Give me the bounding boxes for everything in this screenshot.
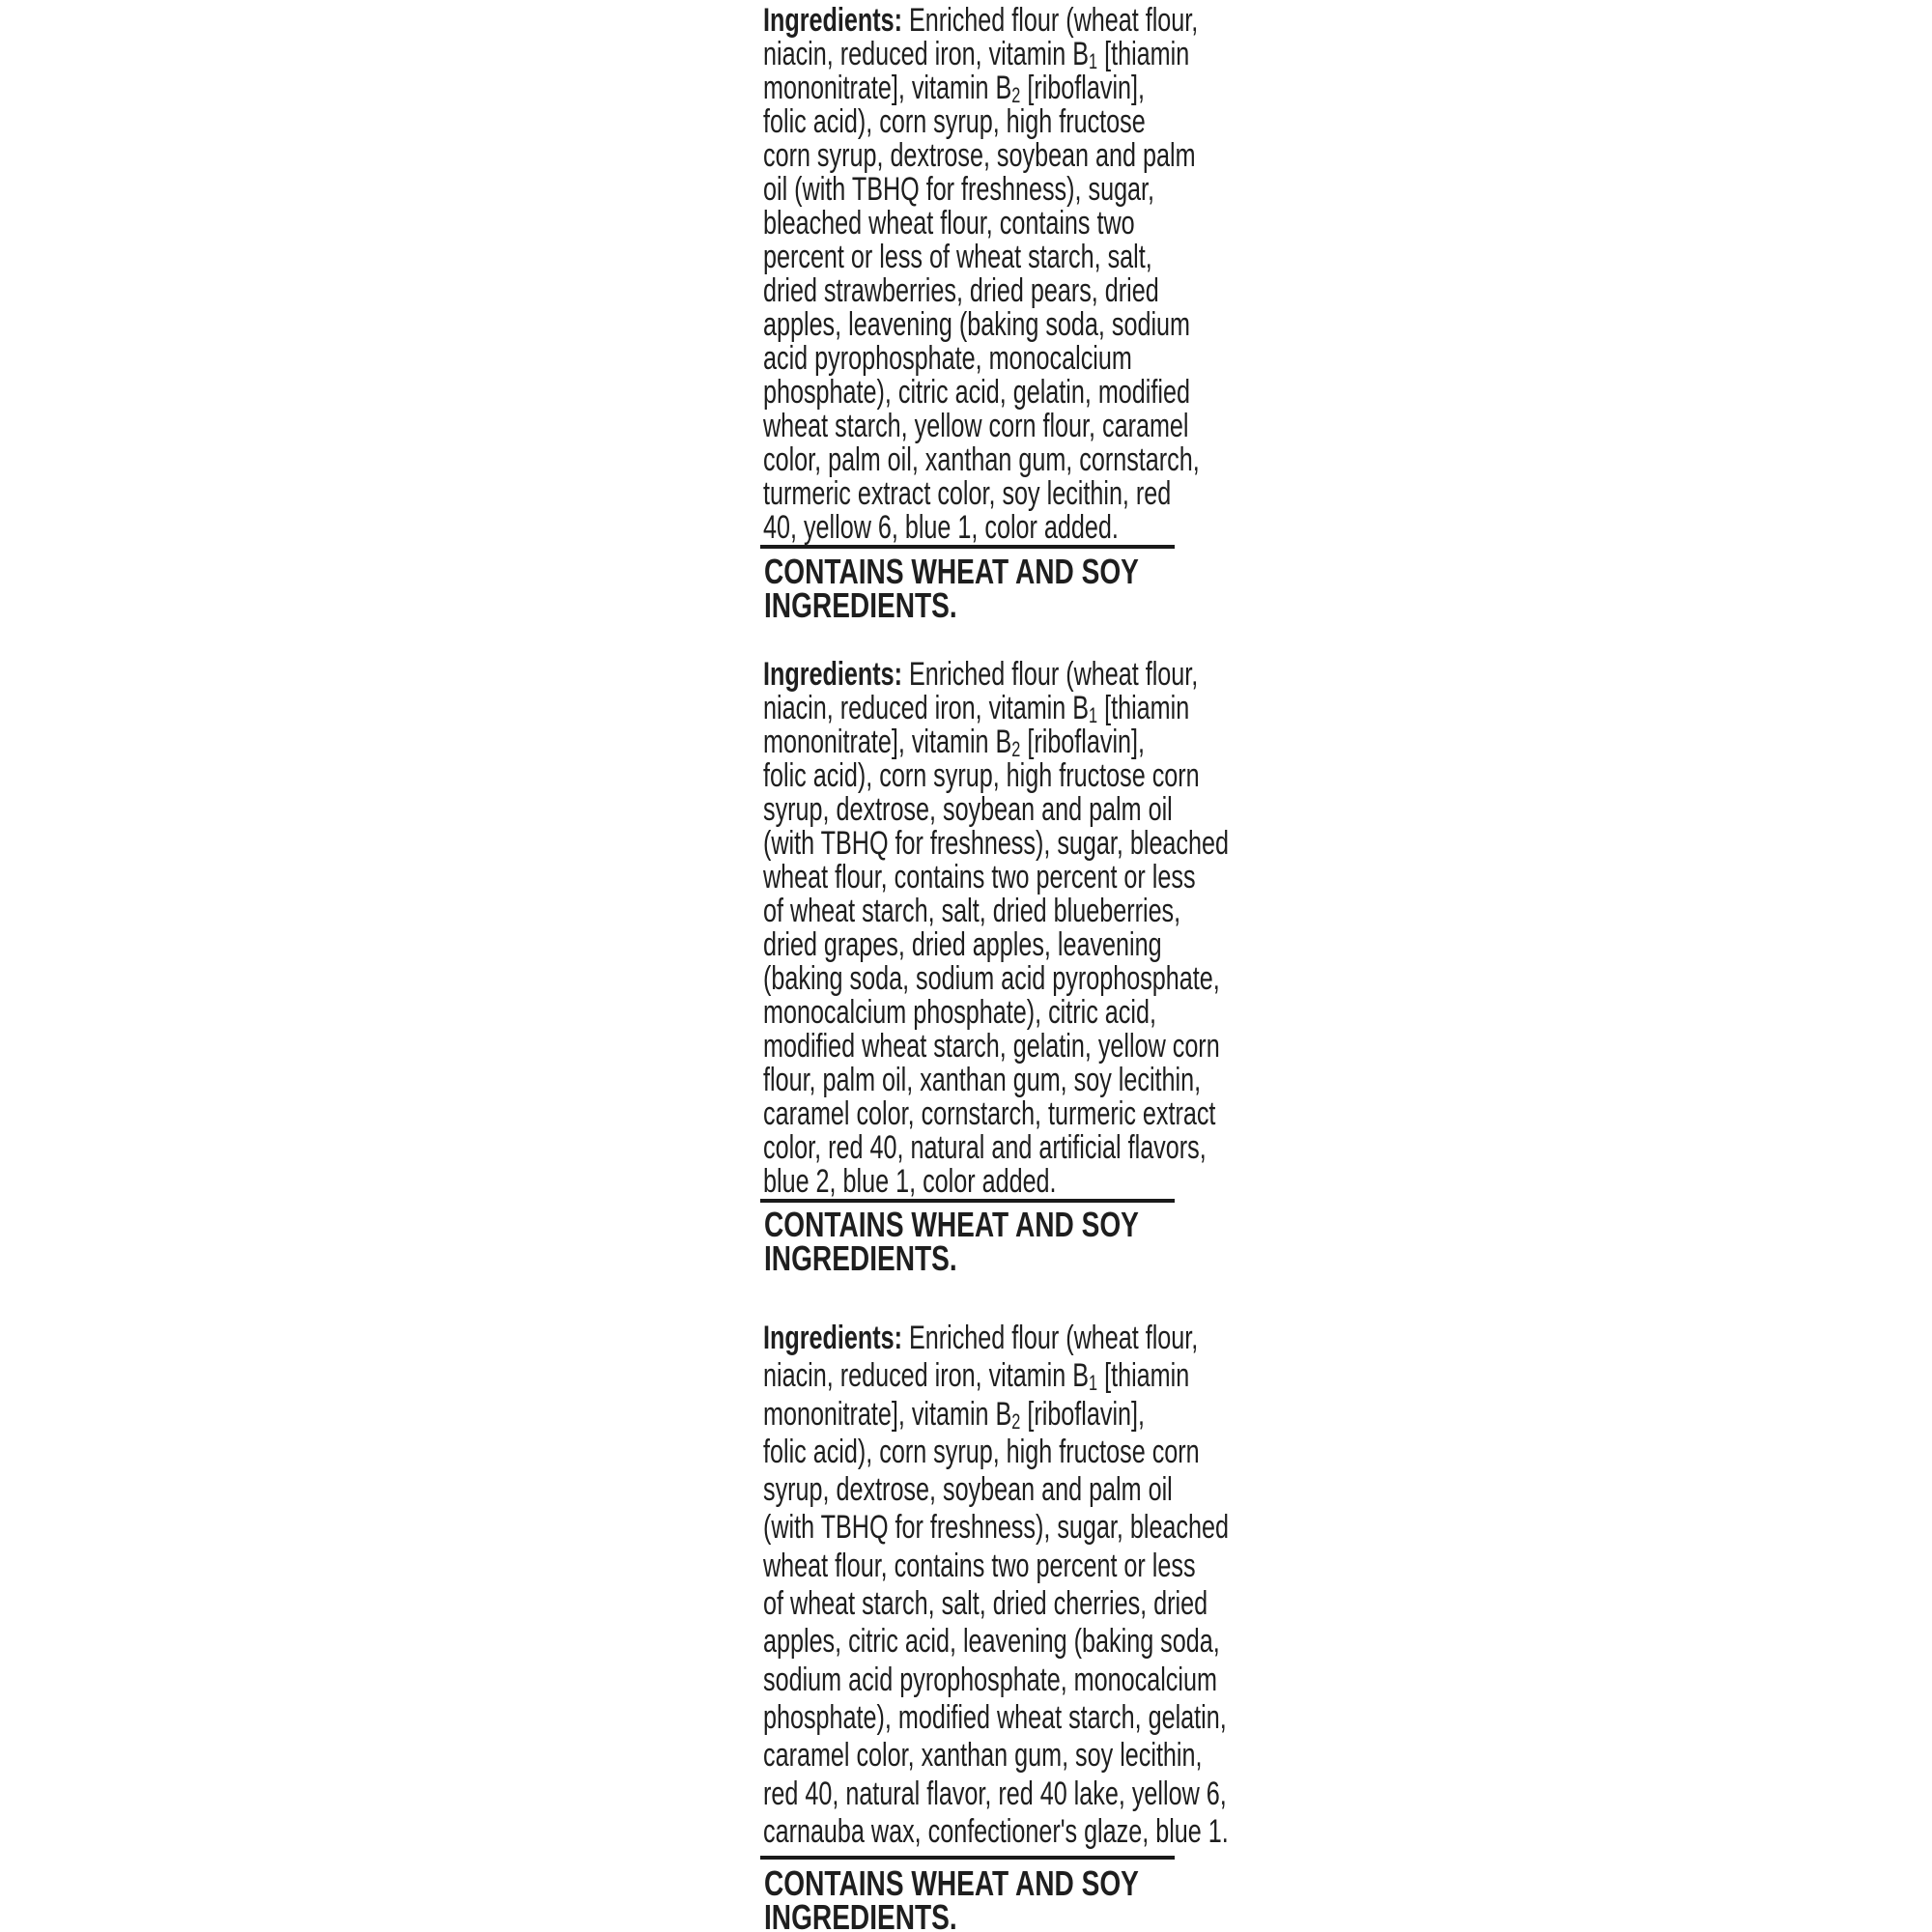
ingredient-line: wheat flour, contains two percent or les… — [763, 1548, 1070, 1585]
ingredient-line: niacin, reduced iron, vitamin B1 [thiami… — [763, 692, 1070, 725]
ingredient-line: phosphate), modified wheat starch, gelat… — [763, 1699, 1070, 1737]
ingredient-line: sodium acid pyrophosphate, monocalcium — [763, 1662, 1070, 1699]
ingredient-line: mononitrate], vitamin B2 [riboflavin], — [763, 71, 1070, 105]
allergen-line: CONTAINS WHEAT AND SOY — [764, 554, 1139, 588]
ingredients-panel-2: Ingredients: Enriched flour (wheat flour… — [763, 658, 1179, 1199]
ingredient-line: of wheat starch, salt, dried blueberries… — [763, 895, 1070, 928]
divider-rule — [760, 1199, 1175, 1203]
ingredients-text: Ingredients: Enriched flour (wheat flour… — [763, 1320, 1179, 1851]
ingredient-line: corn syrup, dextrose, soybean and palm — [763, 139, 1070, 173]
allergen-line: INGREDIENTS. — [764, 1900, 1139, 1932]
ingredients-label: Ingredients: — [763, 2, 902, 39]
ingredient-line: mononitrate], vitamin B2 [riboflavin], — [763, 1396, 1070, 1434]
ingredient-line: red 40, natural flavor, red 40 lake, yel… — [763, 1776, 1070, 1813]
ingredient-line: folic acid), corn syrup, high fructose c… — [763, 1434, 1070, 1471]
ingredient-line: flour, palm oil, xanthan gum, soy lecith… — [763, 1064, 1070, 1097]
ingredient-line: caramel color, cornstarch, turmeric extr… — [763, 1097, 1070, 1131]
ingredient-line: of wheat starch, salt, dried cherries, d… — [763, 1585, 1070, 1623]
ingredient-line: bleached wheat flour, contains two — [763, 207, 1070, 241]
ingredient-line: turmeric extract color, soy lecithin, re… — [763, 477, 1070, 511]
ingredient-line: niacin, reduced iron, vitamin B1 [thiami… — [763, 1357, 1070, 1395]
ingredient-line: acid pyrophosphate, monocalcium — [763, 342, 1070, 376]
ingredient-line: oil (with TBHQ for freshness), sugar, — [763, 173, 1070, 207]
allergen-line: INGREDIENTS. — [764, 1241, 1139, 1275]
ingredient-line: Ingredients: Enriched flour (wheat flour… — [763, 1320, 1070, 1357]
ingredients-text: Ingredients: Enriched flour (wheat flour… — [763, 4, 1179, 545]
ingredient-line: Ingredients: Enriched flour (wheat flour… — [763, 658, 1070, 692]
ingredient-line: syrup, dextrose, soybean and palm oil — [763, 1471, 1070, 1509]
ingredient-line: monocalcium phosphate), citric acid, — [763, 996, 1070, 1030]
ingredient-line: 40, yellow 6, blue 1, color added. — [763, 511, 1070, 545]
ingredient-line: apples, citric acid, leavening (baking s… — [763, 1623, 1070, 1661]
ingredient-line: phosphate), citric acid, gelatin, modifi… — [763, 376, 1070, 410]
ingredient-line: folic acid), corn syrup, high fructose c… — [763, 759, 1070, 793]
ingredient-line: Ingredients: Enriched flour (wheat flour… — [763, 4, 1070, 38]
allergen-line: CONTAINS WHEAT AND SOY — [764, 1207, 1139, 1241]
ingredients-label: Ingredients: — [763, 656, 902, 693]
ingredient-line: wheat flour, contains two percent or les… — [763, 861, 1070, 895]
ingredient-line: wheat starch, yellow corn flour, caramel — [763, 410, 1070, 443]
ingredient-line: color, palm oil, xanthan gum, cornstarch… — [763, 443, 1070, 477]
ingredient-line: (with TBHQ for freshness), sugar, bleach… — [763, 827, 1070, 861]
ingredient-line: niacin, reduced iron, vitamin B1 [thiami… — [763, 38, 1070, 71]
ingredients-text: Ingredients: Enriched flour (wheat flour… — [763, 658, 1179, 1199]
divider-rule — [760, 1856, 1175, 1860]
ingredient-line: mononitrate], vitamin B2 [riboflavin], — [763, 725, 1070, 759]
ingredient-line: carnauba wax, confectioner's glaze, blue… — [763, 1813, 1070, 1851]
ingredient-line: color, red 40, natural and artificial fl… — [763, 1131, 1070, 1165]
ingredient-line: (baking soda, sodium acid pyrophosphate, — [763, 962, 1070, 996]
ingredient-line: blue 2, blue 1, color added. — [763, 1165, 1070, 1199]
ingredient-line: caramel color, xanthan gum, soy lecithin… — [763, 1737, 1070, 1775]
allergen-statement: CONTAINS WHEAT AND SOY INGREDIENTS. — [764, 1207, 1139, 1275]
ingredient-line: (with TBHQ for freshness), sugar, bleach… — [763, 1509, 1070, 1547]
ingredient-line: dried grapes, dried apples, leavening — [763, 928, 1070, 962]
allergen-line: CONTAINS WHEAT AND SOY — [764, 1866, 1139, 1900]
divider-rule — [760, 545, 1175, 549]
ingredient-line: folic acid), corn syrup, high fructose — [763, 105, 1070, 139]
allergen-statement: CONTAINS WHEAT AND SOY INGREDIENTS. — [764, 554, 1139, 622]
ingredient-line: percent or less of wheat starch, salt, — [763, 241, 1070, 274]
ingredient-line: syrup, dextrose, soybean and palm oil — [763, 793, 1070, 827]
ingredients-panel-3: Ingredients: Enriched flour (wheat flour… — [763, 1320, 1179, 1851]
ingredient-line: modified wheat starch, gelatin, yellow c… — [763, 1030, 1070, 1064]
ingredients-panel-1: Ingredients: Enriched flour (wheat flour… — [763, 4, 1179, 545]
ingredient-line: dried strawberries, dried pears, dried — [763, 274, 1070, 308]
ingredient-line: apples, leavening (baking soda, sodium — [763, 308, 1070, 342]
allergen-line: INGREDIENTS. — [764, 588, 1139, 622]
ingredients-label: Ingredients: — [763, 1320, 902, 1356]
allergen-statement: CONTAINS WHEAT AND SOY INGREDIENTS. — [764, 1866, 1139, 1932]
